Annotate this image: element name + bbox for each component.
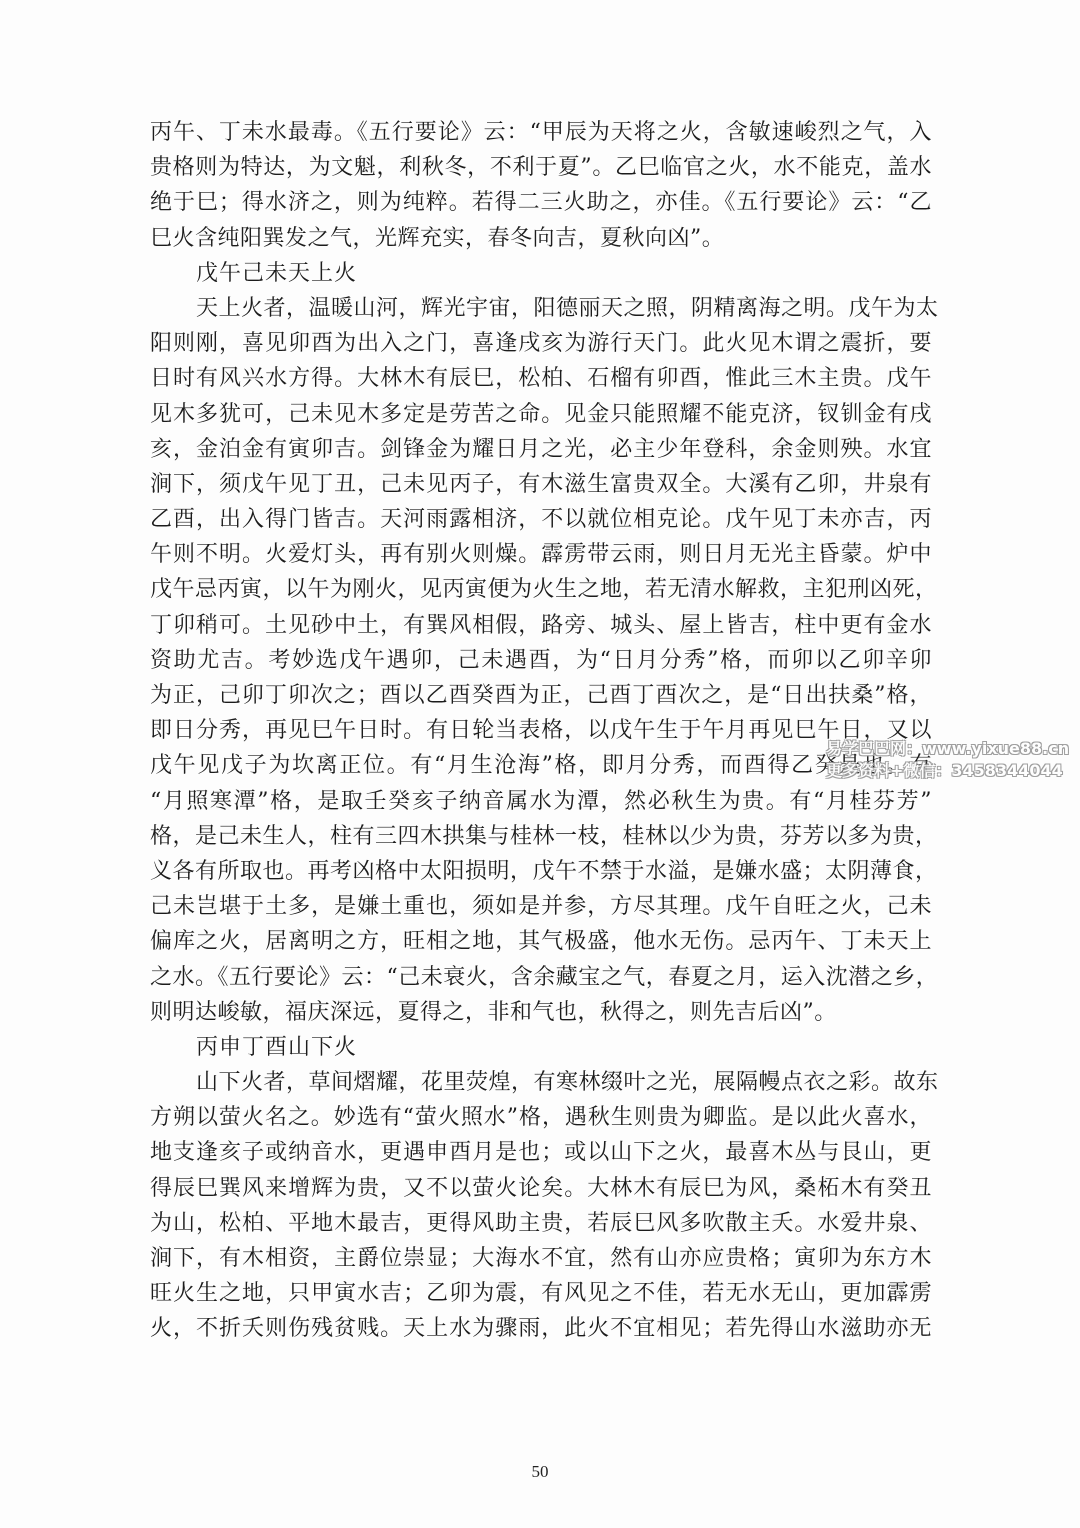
text-line: 戊午忌丙寅，以午为刚火，见丙寅便为火生之地，若无清水解救，主犯刑凶死， — [150, 572, 932, 607]
text-line: 巳火含纯阳巽发之气，光辉充实，春冬向吉，夏秋向凶”。 — [150, 221, 932, 256]
text-line: 己未岂堪于土多，是嫌土重也，须如是并参，方尽其理。戊午自旺之火，己未 — [150, 889, 932, 924]
text-line: 天上火者，温暖山河，辉光宇宙，阳德丽天之照，阴精离海之明。戊午为太 — [150, 291, 932, 326]
page-number: 50 — [0, 1462, 1080, 1482]
text-body: 丙午、丁未水最毒。《五行要论》云：“甲辰为天将之火，含敏速峻烈之气，入贵格则为特… — [150, 115, 932, 1347]
text-line: 资助尤吉。考妙选戊午遇卯，己未遇酉，为“日月分秀”格，而卯以乙卯辛卯 — [150, 643, 932, 678]
text-line: 即日分秀，再见巳午日时。有日轮当表格，以戊午生于午月再见巳午日，又以 — [150, 713, 932, 748]
text-line: 火，不折夭则伤残贫贱。天上水为骤雨，此火不宜相见；若先得山水滋助亦无 — [150, 1311, 932, 1346]
text-line: 之水。《五行要论》云：“己未衰火，含余藏宝之气，春夏之月，运入沈潜之乡， — [150, 960, 932, 995]
text-line: 则明达峻敏，福庆深远，夏得之，非和气也，秋得之，则先吉后凶”。 — [150, 995, 932, 1030]
text-line: 偏库之火，居离明之方，旺相之地，其气极盛，他水无伤。忌丙午、丁未天上 — [150, 924, 932, 959]
section-heading: 丙申丁酉山下火 — [150, 1030, 932, 1065]
text-line: 午则不明。火爱灯头，再有别火则燥。霹雳带云雨，则日月无光主昏蒙。炉中 — [150, 537, 932, 572]
text-line: 日时有风兴水方得。大林木有辰巳，松柏、石榴有卯酉，惟此三木主贵。戊午 — [150, 361, 932, 396]
watermark-contact: 更多资料+微信：3458344044 — [826, 760, 1076, 782]
text-line: 得辰巳巽风来增辉为贵，又不以萤火论矣。大林木有辰巳为风，桑柘木有癸丑 — [150, 1171, 932, 1206]
text-line: 山下火者，草间熠耀，花里荧煌，有寒林缀叶之光，展隔幔点衣之彩。故东 — [150, 1065, 932, 1100]
text-line: 戊午见戊子为坎离正位。有“月生沧海”格，即月分秀，而酉得乙癸是也。有 — [150, 748, 932, 783]
document-page: 丙午、丁未水最毒。《五行要论》云：“甲辰为天将之火，含敏速峻烈之气，入贵格则为特… — [0, 0, 1080, 1528]
text-line: 格，是己未生人，柱有三四木拱集与桂林一枝，桂林以少为贵，芬芳以多为贵， — [150, 819, 932, 854]
text-line: 旺火生之地，只甲寅水吉；乙卯为震，有风见之不佳，若无水无山，更加霹雳 — [150, 1276, 932, 1311]
text-line: 丁卯稍可。土见砂中土，有巽风相假，路旁、城头、屋上皆吉，柱中更有金水 — [150, 608, 932, 643]
text-line: 地支逢亥子或纳音水，更遇申酉月是也；或以山下之火，最喜木丛与艮山，更 — [150, 1135, 932, 1170]
watermark-site: 易学巴巴网：www.yixue88.cn — [826, 738, 1076, 760]
text-line: 亥，金泊金有寅卯吉。剑锋金为耀日月之光，必主少年登科，余金则殃。水宜 — [150, 432, 932, 467]
text-line: 为山，松柏、平地木最吉，更得风助主贵，若辰巳风多吹散主夭。水爱井泉、 — [150, 1206, 932, 1241]
section-heading: 戊午己未天上火 — [150, 256, 932, 291]
text-line: 丙午、丁未水最毒。《五行要论》云：“甲辰为天将之火，含敏速峻烈之气，入 — [150, 115, 932, 150]
text-line: 绝于巳；得水济之，则为纯粹。若得二三火助之，亦佳。《五行要论》云：“乙 — [150, 185, 932, 220]
text-line: 乙酉，出入得门皆吉。天河雨露相济，不以就位相克论。戊午见丁未亦吉，丙 — [150, 502, 932, 537]
text-line: “月照寒潭”格，是取壬癸亥子纳音属水为潭，然必秋生为贵。有“月桂芬芳” — [150, 784, 932, 819]
text-line: 义各有所取也。再考凶格中太阳损明，戊午不禁于水溢，是嫌水盛；太阴薄食， — [150, 854, 932, 889]
text-line: 阳则刚，喜见卯酉为出入之门，喜逢戌亥为游行天门。此火见木谓之震折，要 — [150, 326, 932, 361]
text-line: 方朔以萤火名之。妙选有“萤火照水”格，遇秋生则贵为卿监。是以此火喜水， — [150, 1100, 932, 1135]
text-line: 涧下，有木相资，主爵位崇显；大海水不宜，然有山亦应贵格；寅卯为东方木 — [150, 1241, 932, 1276]
watermark: 易学巴巴网：www.yixue88.cn 更多资料+微信：3458344044 — [826, 738, 1076, 782]
text-line: 为正，己卯丁卯次之；酉以乙酉癸酉为正，己酉丁酉次之，是“日出扶桑”格， — [150, 678, 932, 713]
text-line: 涧下，须戊午见丁丑，己未见丙子，有木滋生富贵双全。大溪有乙卯，井泉有 — [150, 467, 932, 502]
text-line: 贵格则为特达，为文魁，利秋冬，不利于夏”。乙巳临官之火，水不能克，盖水 — [150, 150, 932, 185]
text-line: 见木多犹可，己未见木多定是劳苦之命。见金只能照耀不能克济，钗钏金有戌 — [150, 397, 932, 432]
